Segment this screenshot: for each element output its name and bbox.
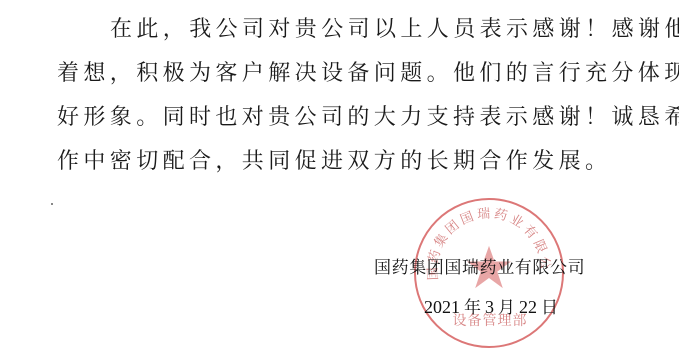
date-month: 3 — [485, 297, 494, 317]
paragraph-line-2: 着想，积极为客户解决设备问题。他们的言行充分体现了大公司的良 — [57, 61, 597, 87]
paragraph-line-1: 在此，我公司对贵公司以上人员表示感谢！感谢他们事事替客户 — [110, 17, 650, 43]
scan-speck — [51, 203, 53, 205]
date-month-unit: 月 — [498, 298, 515, 318]
signature-date: 2021年3月22日 — [424, 296, 562, 319]
date-day-unit: 日 — [541, 298, 558, 318]
date-year: 2021 — [424, 297, 460, 317]
date-year-unit: 年 — [464, 298, 481, 318]
date-day: 22 — [519, 297, 537, 317]
paragraph-line-3: 好形象。同时也对贵公司的大力支持表示感谢！诚恳希望在日后的工 — [57, 105, 597, 131]
paragraph-line-4: 作中密切配合，共同促进双方的长期合作发展。 — [57, 149, 597, 175]
signature-company: 国药集团国瑞药业有限公司 — [374, 257, 585, 279]
